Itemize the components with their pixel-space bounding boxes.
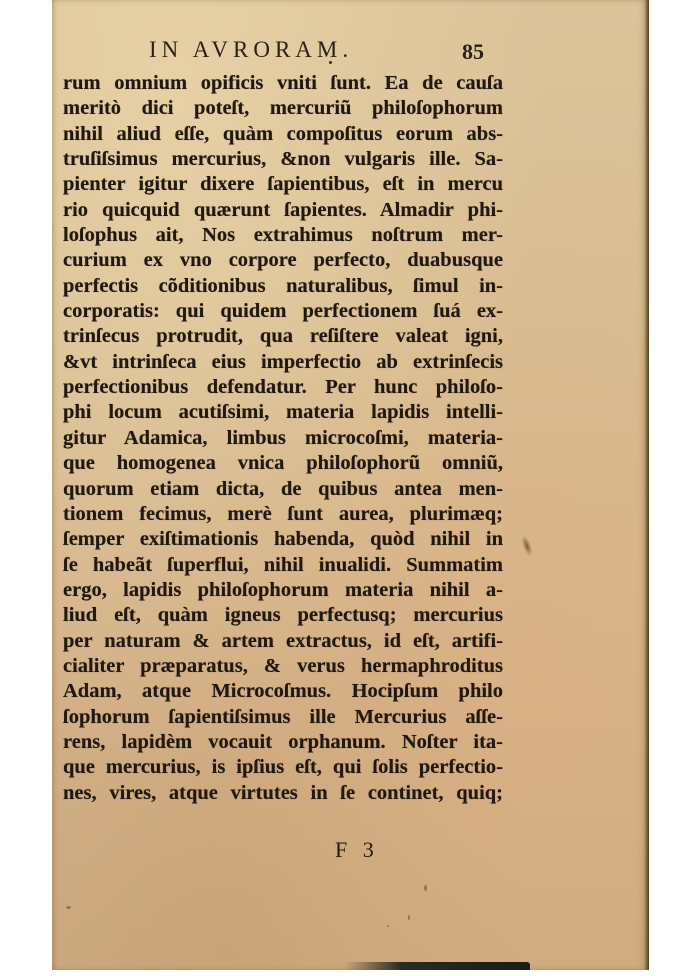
text-line: que homogenea vnica philoſophorũ omniũ,	[63, 451, 503, 476]
text-line: meritò dici poteſt, mercuriũ philoſophor…	[63, 96, 503, 121]
text-line: cialiter præparatus, & verus hermaphrodi…	[63, 654, 503, 679]
text-line: tionem fecimus, merè ſunt aurea, plurimæ…	[63, 502, 503, 527]
text-line: ſophorum ſapientiſsimus ille Mercurius a…	[63, 705, 503, 730]
text-line: curium ex vno corpore perfecto, duabusqu…	[63, 248, 503, 273]
text-line: &vt intrinſeca eius imperfectio ab extri…	[63, 350, 503, 375]
text-line: gitur Adamica, limbus microcoſmi, materi…	[63, 426, 503, 451]
text-line: pienter igitur dixere ſapientibus, eſt i…	[63, 172, 503, 197]
text-line: que mercurius, is ipſius eſt, qui ſolis …	[63, 755, 503, 780]
text-line: rens, lapidèm vocauit orphanum. Noſter i…	[63, 730, 503, 755]
page-bottom-shadow	[345, 962, 530, 970]
signature-mark: F 3	[335, 837, 374, 863]
paper-speck	[66, 906, 71, 909]
text-line: rio quicquid quærunt ſapientes. Almadir …	[63, 198, 503, 223]
text-line: truſiſsimus mercurius, &non vulgaris ill…	[63, 147, 503, 172]
text-line: perfectis cõditionibus naturalibus, ſimu…	[63, 274, 503, 299]
text-line: ſe habeãt ſuperflui, nihil inualidi. Sum…	[63, 553, 503, 578]
paper-speck	[424, 885, 427, 891]
text-line: ſemper exiſtimationis habenda, quòd nihi…	[63, 527, 503, 552]
page-number: 85	[462, 39, 484, 65]
text-line: nes, vires, atque virtutes in ſe contine…	[63, 781, 503, 806]
running-title: IN AVRORAM.	[149, 37, 353, 63]
body-text: rum omnium opificis vniti ſunt. Ea de ca…	[63, 71, 503, 806]
text-line: nihil aliud eſſe, quàm compoſitus eorum …	[63, 122, 503, 147]
paper-speck	[408, 915, 410, 920]
text-line: liud eſt, quàm igneus perfectusq; mercur…	[63, 603, 503, 628]
text-line: per naturam & artem extractus, id eſt, a…	[63, 629, 503, 654]
page-header: IN AVRORAM. 85	[149, 37, 509, 67]
text-line: perfectionibus defendatur. Per hunc phil…	[63, 375, 503, 400]
text-line: phi locum acutiſsimi, materia lapidis in…	[63, 400, 503, 425]
text-line: quorum etiam dicta, de quibus antea men-	[63, 477, 503, 502]
text-line: rum omnium opificis vniti ſunt. Ea de ca…	[63, 71, 503, 96]
text-line: loſophus ait, Nos extrahimus noſtrum mer…	[63, 223, 503, 248]
text-line: corporatis: qui quidem perfectionem ſuá …	[63, 299, 503, 324]
text-line: Adam, atque Microcoſmus. Hocipſum philo	[63, 679, 503, 704]
paper-speck	[387, 925, 389, 927]
text-line: trinſecus protrudit, qua reſiſtere valea…	[63, 324, 503, 349]
text-line: ergo, lapidis philoſophorum materia nihi…	[63, 578, 503, 603]
